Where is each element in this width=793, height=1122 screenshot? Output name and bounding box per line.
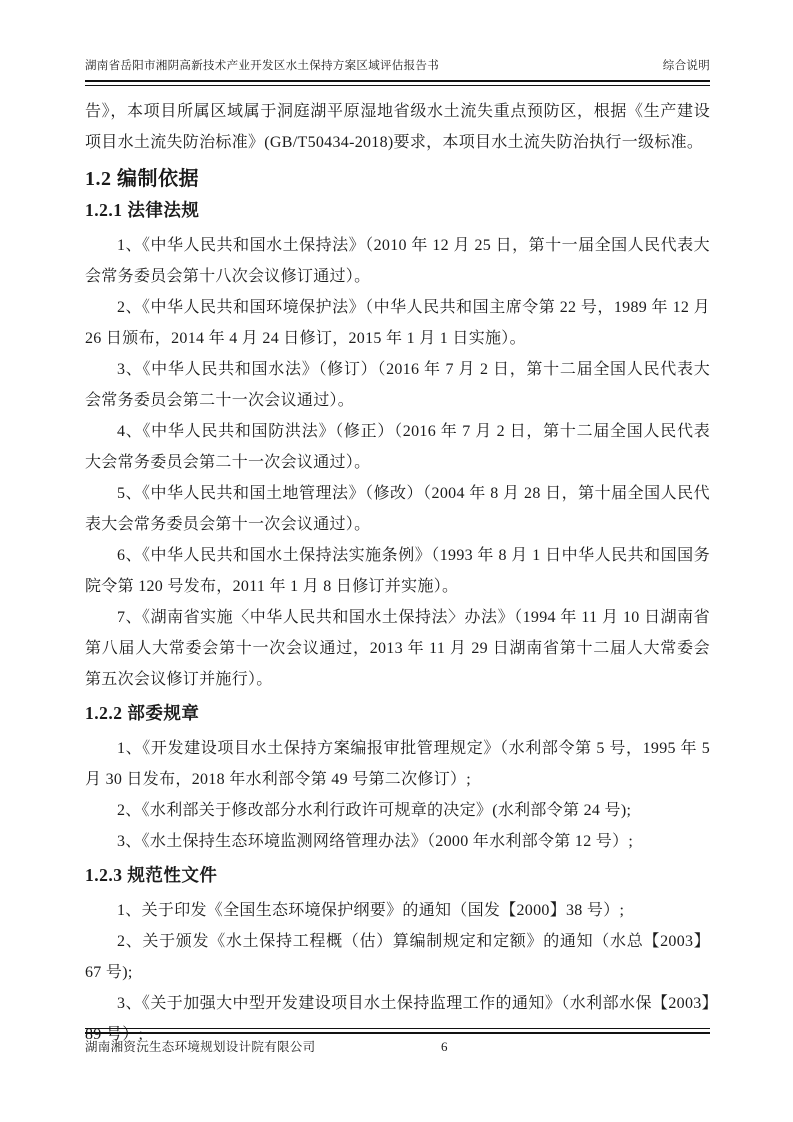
page-number: 6 <box>441 1038 448 1056</box>
regulation-item: 3、《水土保持生态环境监测网络管理办法》（2000 年水利部令第 12 号）; <box>85 826 710 857</box>
regulation-item: 2、《水利部关于修改部分水利行政许可规章的决定》(水利部令第 24 号); <box>85 795 710 826</box>
regulation-item: 1、《开发建设项目水土保持方案编报审批管理规定》（水利部令第 5 号，1995 … <box>85 733 710 795</box>
heading-1-2: 1.2 编制依据 <box>85 166 710 192</box>
legal-item: 5、《中华人民共和国土地管理法》（修改）（2004 年 8 月 28 日，第十届… <box>85 478 710 540</box>
normative-item: 2、关于颁发《水土保持工程概（估）算编制规定和定额》的通知（水总【2003】67… <box>85 926 710 988</box>
footer-company: 湖南湘资沅生态环境规划设计院有限公司 <box>85 1038 315 1056</box>
heading-1-2-1: 1.2.1 法律法规 <box>85 198 710 222</box>
page-header: 湖南省岳阳市湘阴高新技术产业开发区水土保持方案区域评估报告书 综合说明 <box>85 57 710 75</box>
legal-item: 3、《中华人民共和国水法》（修订）（2016 年 7 月 2 日，第十二届全国人… <box>85 354 710 416</box>
legal-item: 7、《湖南省实施〈中华人民共和国水土保持法〉办法》（1994 年 11 月 10… <box>85 602 710 695</box>
legal-item: 6、《中华人民共和国水土保持法实施条例》（1993 年 8 月 1 日中华人民共… <box>85 540 710 602</box>
legal-item: 1、《中华人民共和国水土保持法》（2010 年 12 月 25 日，第十一届全国… <box>85 230 710 292</box>
header-rule <box>85 80 710 86</box>
document-body: 告》，本项目所属区域属于洞庭湖平原湿地省级水土流失重点预防区，根据《生产建设项目… <box>85 96 710 1050</box>
legal-item: 2、《中华人民共和国环境保护法》（中华人民共和国主席令第 22 号，1989 年… <box>85 292 710 354</box>
header-doc-title: 湖南省岳阳市湘阴高新技术产业开发区水土保持方案区域评估报告书 <box>85 57 439 75</box>
heading-1-2-2: 1.2.2 部委规章 <box>85 701 710 725</box>
heading-1-2-3: 1.2.3 规范性文件 <box>85 863 710 887</box>
header-section-label: 综合说明 <box>663 57 710 75</box>
legal-item: 4、《中华人民共和国防洪法》（修正）（2016 年 7 月 2 日，第十二届全国… <box>85 416 710 478</box>
document-page: 湖南省岳阳市湘阴高新技术产业开发区水土保持方案区域评估报告书 综合说明 告》，本… <box>0 0 793 1122</box>
normative-item: 1、关于印发《全国生态环境保护纲要》的通知（国发【2000】38 号）; <box>85 895 710 926</box>
intro-paragraph: 告》，本项目所属区域属于洞庭湖平原湿地省级水土流失重点预防区，根据《生产建设项目… <box>85 96 710 158</box>
footer-rule <box>85 1028 710 1034</box>
